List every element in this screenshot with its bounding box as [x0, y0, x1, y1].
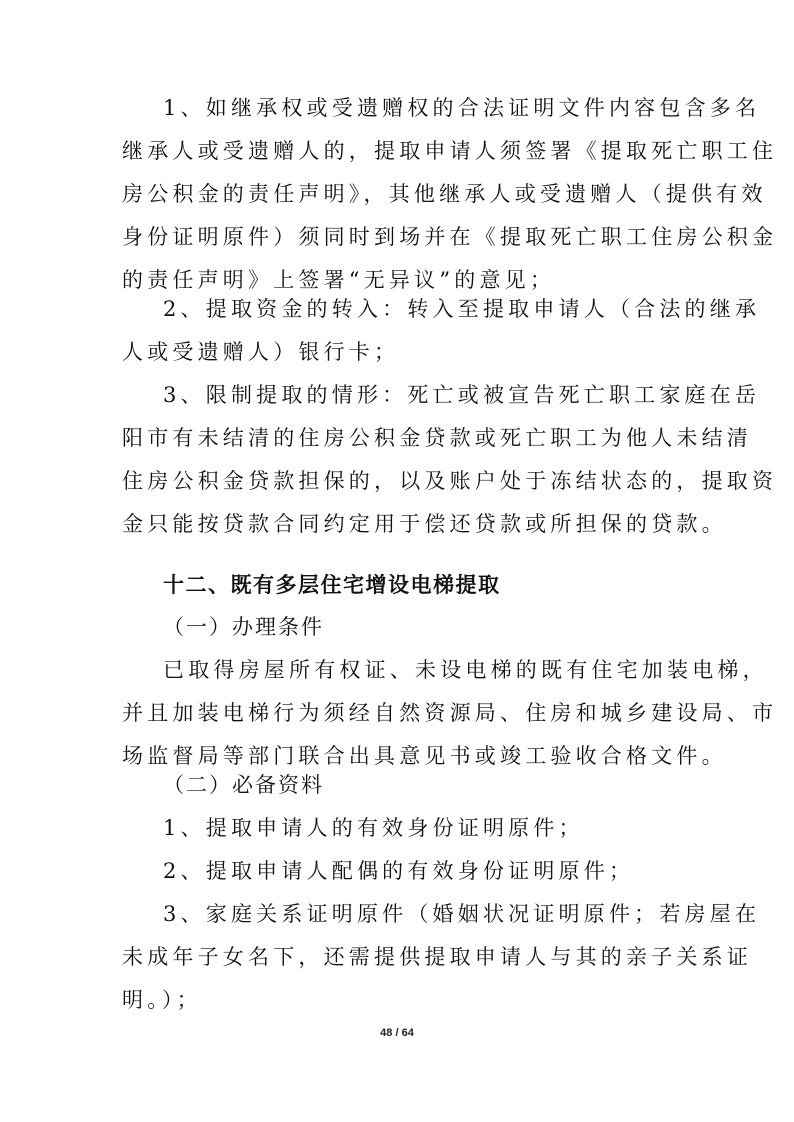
subsection-heading: （二）必备资料 — [163, 770, 723, 800]
list-item: 3、家庭关系证明原件（婚姻状况证明原件；若房屋在 — [163, 899, 723, 929]
document-page: 1、如继承权或受遗赠权的合法证明文件内容包含多名 继承人或受遗赠人的，提取申请人… — [0, 0, 794, 1122]
paragraph-line: 已取得房屋所有权证、未设电梯的既有住宅加装电梯， — [163, 655, 723, 685]
paragraph-line: 金只能按贷款合同约定用于偿还贷款或所担保的贷款。 — [122, 509, 682, 539]
paragraph-line: 明。）； — [122, 985, 682, 1015]
paragraph-line: 房公积金的责任声明》，其他继承人或受遗赠人（提供有效 — [122, 179, 682, 209]
list-item: 1、提取申请人的有效身份证明原件； — [163, 813, 723, 843]
subsection-heading: （一）办理条件 — [163, 612, 723, 642]
paragraph-line: 1、如继承权或受遗赠权的合法证明文件内容包含多名 — [163, 93, 723, 123]
paragraph-line: 住房公积金贷款担保的，以及账户处于冻结状态的，提取资 — [122, 466, 682, 496]
page-number: 48 / 64 — [0, 1027, 794, 1039]
paragraph-line: 继承人或受遗赠人的，提取申请人须签署《提取死亡职工住 — [122, 136, 682, 166]
paragraph-line: 未成年子女名下，还需提供提取申请人与其的亲子关系证 — [122, 942, 682, 972]
section-heading: 十二、既有多层住宅增设电梯提取 — [163, 570, 723, 600]
list-item: 2、提取申请人配偶的有效身份证明原件； — [163, 856, 723, 886]
paragraph-line: 身份证明原件）须同时到场并在《提取死亡职工住房公积金 — [122, 222, 682, 252]
paragraph-line: 并且加装电梯行为须经自然资源局、住房和城乡建设局、市 — [122, 698, 682, 728]
paragraph-line: 场监督局等部门联合出具意见书或竣工验收合格文件。 — [122, 741, 682, 771]
paragraph-line: 2、提取资金的转入：转入至提取申请人（合法的继承 — [163, 294, 723, 324]
paragraph-line: 的责任声明》上签署“无异议”的意见； — [122, 265, 682, 295]
paragraph-line: 阳市有未结清的住房公积金贷款或死亡职工为他人未结清 — [122, 423, 682, 453]
paragraph-line: 3、限制提取的情形：死亡或被宣告死亡职工家庭在岳 — [163, 380, 723, 410]
paragraph-line: 人或受遗赠人）银行卡； — [122, 337, 682, 367]
